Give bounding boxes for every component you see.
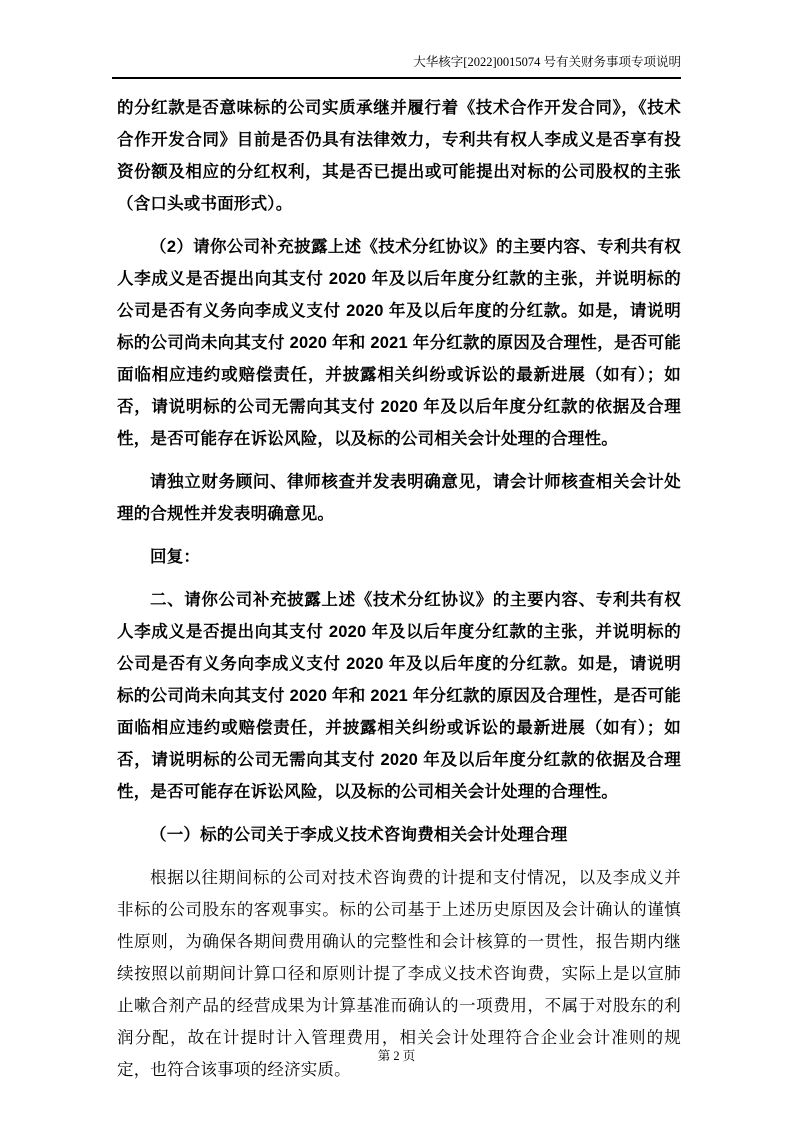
- page-header-reference: 大华核字[2022]0015074 号有关财务事项专项说明: [112, 54, 681, 79]
- paragraph-advisor-verification-request: 请独立财务顾问、律师核查并发表明确意见，请会计师核查相关会计处理的合规性并发表明…: [117, 466, 681, 530]
- paragraph-continuation-dividend-claim: 的分红款是否意味标的公司实质承继并履行着《技术合作开发合同》，《技术合作开发合同…: [117, 92, 681, 220]
- paragraph-reply-label: 回复：: [117, 541, 681, 573]
- heading-subsection-1-accounting-treatment: （一）标的公司关于李成义技术咨询费相关会计处理合理: [117, 819, 681, 851]
- document-page: 大华核字[2022]0015074 号有关财务事项专项说明 的分红款是否意味标的…: [0, 0, 793, 1122]
- document-body: 的分红款是否意味标的公司实质承继并履行着《技术合作开发合同》，《技术合作开发合同…: [117, 92, 681, 1086]
- page-number: 第 2 页: [0, 1046, 793, 1064]
- paragraph-question-2-disclosure-request: （2）请你公司补充披露上述《技术分红协议》的主要内容、专利共有权人李成义是否提出…: [117, 231, 681, 455]
- paragraph-section-2-restated-question: 二、请你公司补充披露上述《技术分红协议》的主要内容、专利共有权人李成义是否提出向…: [117, 584, 681, 808]
